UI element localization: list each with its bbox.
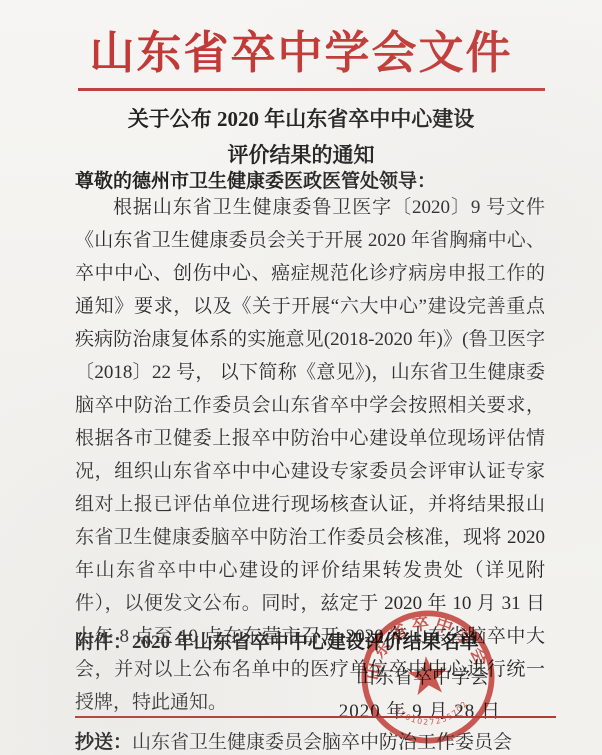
document-title-line2: 评价结果的通知 <box>0 139 602 169</box>
document-header-title: 山东省卒中学会文件 <box>0 16 602 81</box>
scanned-official-document: 山东省卒中学会文件 关于公布 2020 年山东省卒中中心建设 评价结果的通知 尊… <box>0 0 602 755</box>
red-footer-divider <box>75 716 556 718</box>
seal-number-text: 3701027255702 <box>392 698 472 730</box>
salutation: 尊敬的德州市卫生健康委医政医管处领导： <box>75 166 545 193</box>
seal-star-icon <box>406 654 449 696</box>
cc-text: 山东省卫生健康委员会脑卒中防治工作委员会 <box>132 732 512 753</box>
red-header-divider <box>78 88 545 91</box>
cc-line: 抄送：山东省卫生健康委员会脑卒中防治工作委员会 <box>75 727 575 754</box>
cc-label: 抄送： <box>75 732 132 753</box>
document-title-line1: 关于公布 2020 年山东省卒中中心建设 <box>0 103 602 133</box>
